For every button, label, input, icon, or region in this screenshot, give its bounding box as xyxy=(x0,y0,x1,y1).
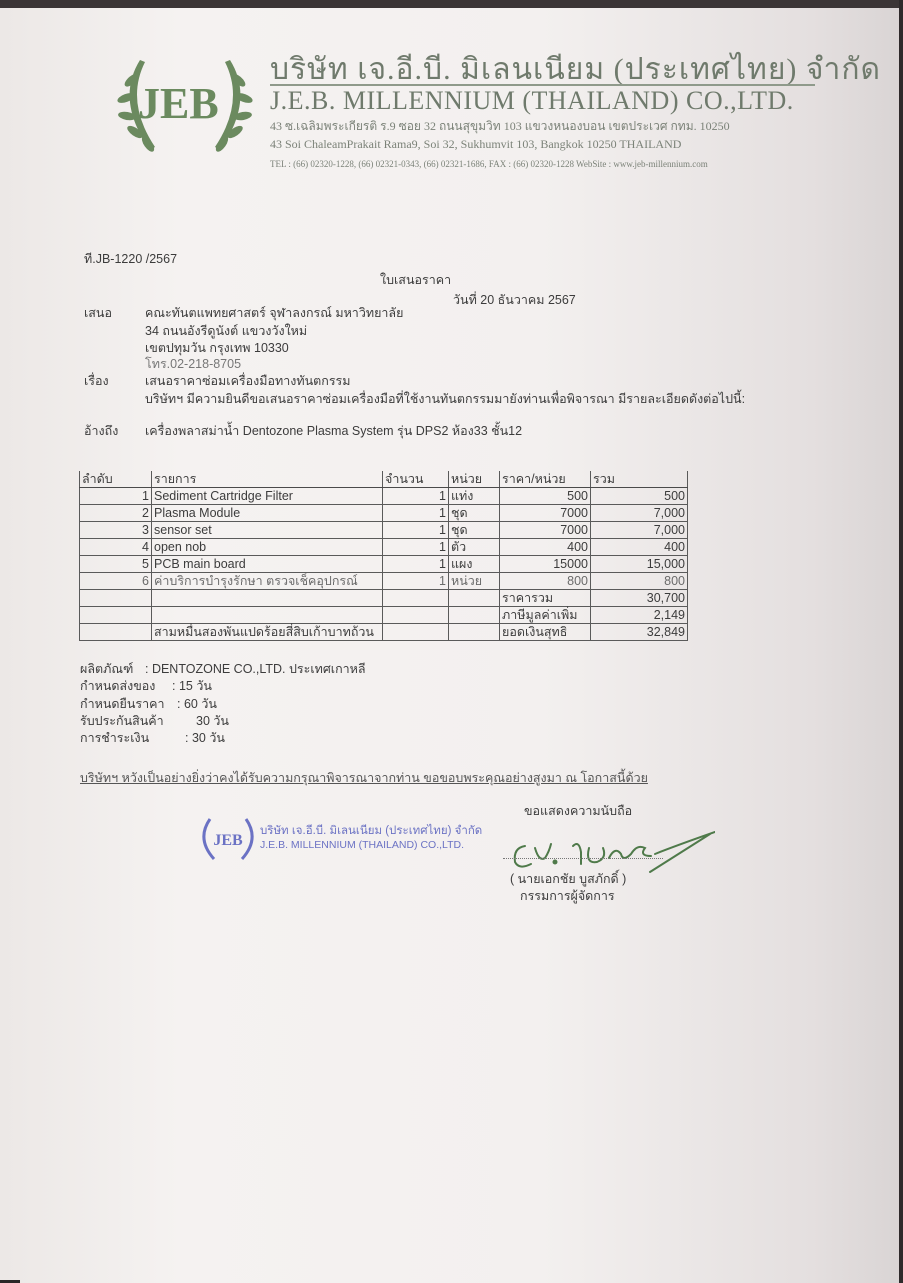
table-row: 4 open nob 1 ตัว 400 400 xyxy=(80,539,688,556)
empty-cell xyxy=(449,624,500,641)
reference-number: ที.JB-1220 /2567 xyxy=(84,249,177,269)
address-thai: 43 ซ.เฉลิมพระเกียรติ ร.9 ซอย 32 ถนนสุขุม… xyxy=(270,117,730,136)
term-payment-value: : 30 วัน xyxy=(185,728,225,748)
header-unit: หน่วย xyxy=(449,471,500,488)
subtotal-label: ราคารวม xyxy=(500,590,591,607)
row-price: 7000 xyxy=(500,522,591,539)
row-unit: แท่ง xyxy=(449,488,500,505)
table-row: 5 PCB main board 1 แผง 15000 15,000 xyxy=(80,556,688,573)
subject-text: เสนอราคาซ่อมเครื่องมือทางทันตกรรม xyxy=(145,371,351,391)
net-total-value: 32,849 xyxy=(591,624,688,641)
header-item: รายการ xyxy=(152,471,383,488)
subject-label: เรื่อง xyxy=(84,371,109,391)
stamp-company-english: J.E.B. MILLENNIUM (THAILAND) CO.,LTD. xyxy=(260,839,464,851)
row-qty: 1 xyxy=(383,556,449,573)
row-total: 800 xyxy=(591,573,688,590)
signature-line xyxy=(503,858,663,859)
row-total: 7,000 xyxy=(591,522,688,539)
row-no: 3 xyxy=(80,522,152,539)
row-item: ค่าบริการบำรุงรักษา ตรวจเช็คอุปกรณ์ xyxy=(152,573,383,590)
row-item: open nob xyxy=(152,539,383,556)
empty-cell xyxy=(383,624,449,641)
subtotal-row: ราคารวม 30,700 xyxy=(80,590,688,607)
net-total-label: ยอดเงินสุทธิ xyxy=(500,624,591,641)
subtotal-value: 30,700 xyxy=(591,590,688,607)
row-item: sensor set xyxy=(152,522,383,539)
term-delivery-value: : 15 วัน xyxy=(172,676,212,696)
empty-cell xyxy=(449,607,500,624)
empty-cell xyxy=(80,590,152,607)
quotation-table: ลำดับ รายการ จำนวน หน่วย ราคา/หน่วย รวม … xyxy=(79,471,688,641)
stamp-wreath-icon: JEB xyxy=(198,815,258,863)
term-delivery-label: กำหนดส่งของ xyxy=(80,676,155,696)
row-item: PCB main board xyxy=(152,556,383,573)
closing-text: บริษัทฯ หวังเป็นอย่างยิ่งว่าคงได้รับความ… xyxy=(80,768,648,788)
company-name-english: J.E.B. MILLENNIUM (THAILAND) CO.,LTD. xyxy=(270,86,794,116)
row-unit: ตัว xyxy=(449,539,500,556)
document-date: วันที่ 20 ธันวาคม 2567 xyxy=(453,290,576,310)
row-no: 5 xyxy=(80,556,152,573)
row-unit: แผง xyxy=(449,556,500,573)
empty-cell xyxy=(80,607,152,624)
row-total: 7,000 xyxy=(591,505,688,522)
row-price: 500 xyxy=(500,488,591,505)
row-qty: 1 xyxy=(383,573,449,590)
table-row: 1 Sediment Cartridge Filter 1 แท่ง 500 5… xyxy=(80,488,688,505)
row-unit: ชุด xyxy=(449,522,500,539)
row-price: 800 xyxy=(500,573,591,590)
vat-row: ภาษีมูลค่าเพิ่ม 2,149 xyxy=(80,607,688,624)
row-price: 400 xyxy=(500,539,591,556)
vat-value: 2,149 xyxy=(591,607,688,624)
header-total: รวม xyxy=(591,471,688,488)
term-payment-label: การชำระเงิน xyxy=(80,728,149,748)
row-price: 15000 xyxy=(500,556,591,573)
stamp-logo-text: JEB xyxy=(213,832,243,849)
table-row: 6 ค่าบริการบำรุงรักษา ตรวจเช็คอุปกรณ์ 1 … xyxy=(80,573,688,590)
empty-cell xyxy=(80,624,152,641)
company-stamp: JEB xyxy=(198,815,258,868)
row-qty: 1 xyxy=(383,488,449,505)
intro-text: บริษัทฯ มีความยินดีขอเสนอราคาซ่อมเครื่อง… xyxy=(145,389,745,409)
contact-info: TEL : (66) 02320-1228, (66) 02321-0343, … xyxy=(270,159,708,169)
table-row: 2 Plasma Module 1 ชุด 7000 7,000 xyxy=(80,505,688,522)
header-qty: จำนวน xyxy=(383,471,449,488)
reference-item: เครื่องพลาสม่าน้ำ Dentozone Plasma Syste… xyxy=(145,421,522,441)
row-no: 2 xyxy=(80,505,152,522)
empty-cell xyxy=(152,607,383,624)
regards-text: ขอแสดงความนับถือ xyxy=(524,801,632,821)
header-no: ลำดับ xyxy=(80,471,152,488)
row-qty: 1 xyxy=(383,522,449,539)
vat-label: ภาษีมูลค่าเพิ่ม xyxy=(500,607,591,624)
row-total: 400 xyxy=(591,539,688,556)
row-total: 500 xyxy=(591,488,688,505)
row-unit: หน่วย xyxy=(449,573,500,590)
stamp-company-thai: บริษัท เจ.อี.บี. มิเลนเนียม (ประเทศไทย) … xyxy=(260,822,482,840)
table-row: 3 sensor set 1 ชุด 7000 7,000 xyxy=(80,522,688,539)
row-no: 6 xyxy=(80,573,152,590)
empty-cell xyxy=(383,607,449,624)
empty-cell xyxy=(383,590,449,607)
row-qty: 1 xyxy=(383,539,449,556)
header-unit-price: ราคา/หน่วย xyxy=(500,471,591,488)
net-total-row: สามหมื่นสองพันแปดร้อยสี่สิบเก้าบาทถ้วน ย… xyxy=(80,624,688,641)
document-title: ใบเสนอราคา xyxy=(380,270,451,290)
to-label: เสนอ xyxy=(84,303,112,323)
logo-text: JEB xyxy=(138,78,219,129)
row-no: 4 xyxy=(80,539,152,556)
empty-cell xyxy=(152,590,383,607)
table-header: ลำดับ รายการ จำนวน หน่วย ราคา/หน่วย รวม xyxy=(80,471,688,488)
row-price: 7000 xyxy=(500,505,591,522)
photo-border-top xyxy=(0,0,903,8)
row-total: 15,000 xyxy=(591,556,688,573)
empty-cell xyxy=(449,590,500,607)
row-qty: 1 xyxy=(383,505,449,522)
photo-border-right xyxy=(899,0,903,1283)
row-item: Plasma Module xyxy=(152,505,383,522)
row-unit: ชุด xyxy=(449,505,500,522)
row-item: Sediment Cartridge Filter xyxy=(152,488,383,505)
company-logo: JEB xyxy=(110,50,260,160)
address-english: 43 Soi ChaleamPrakait Rama9, Soi 32, Suk… xyxy=(270,137,681,152)
amount-in-words: สามหมื่นสองพันแปดร้อยสี่สิบเก้าบาทถ้วน xyxy=(152,624,383,641)
reference-label: อ้างถึง xyxy=(84,421,118,441)
recipient-line-1: คณะทันตแพทยศาสตร์ จุฬาลงกรณ์ มหาวิทยาลัย xyxy=(145,303,403,323)
signer-position: กรรมการผู้จัดการ xyxy=(520,886,615,906)
row-no: 1 xyxy=(80,488,152,505)
